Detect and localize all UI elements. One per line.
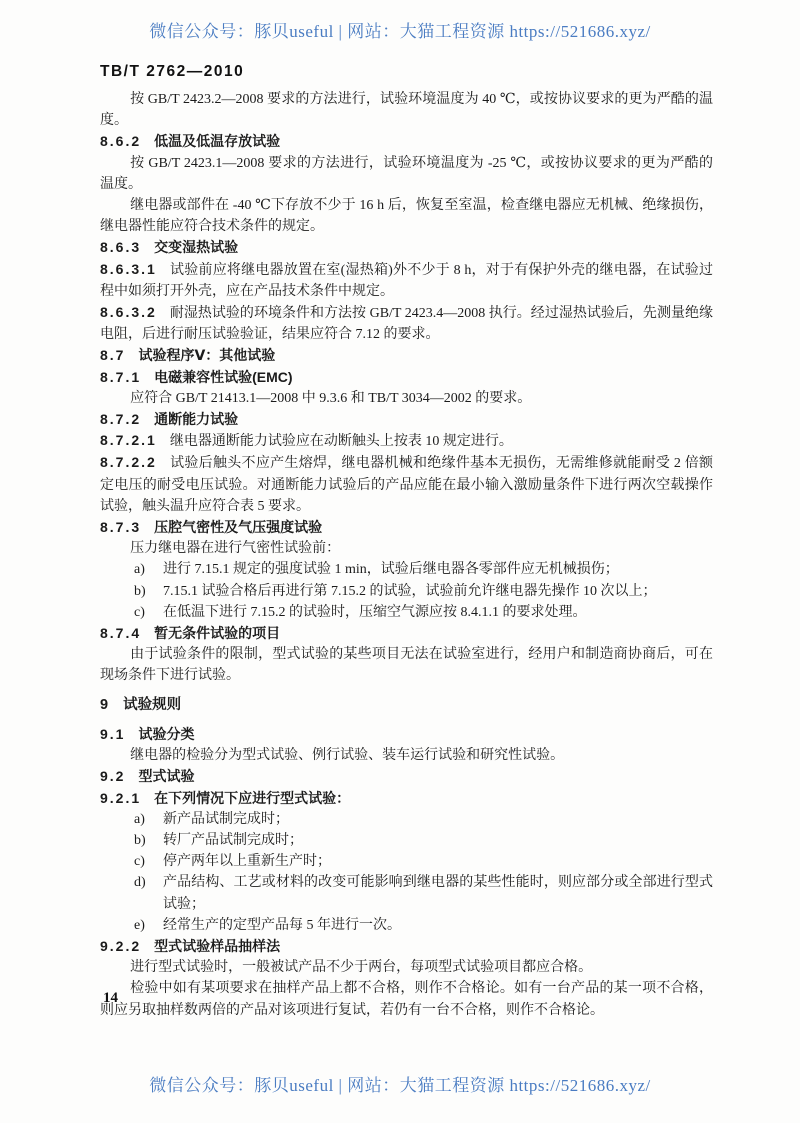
- section-heading: 9.2.1在下列情况下应进行型式试验：: [100, 788, 713, 809]
- list-marker: b): [134, 581, 146, 602]
- text-run: 型式试验: [138, 768, 194, 784]
- list-marker: b): [134, 830, 146, 851]
- section-number: 8.7.2: [100, 411, 141, 427]
- text-run: 停产两年以上重新生产时；: [163, 854, 331, 869]
- text-run: 7.15.1 试验合格后再进行第 7.15.2 的试验，试验前允许继电器先操作 …: [163, 584, 657, 599]
- text-run: 低温及低温存放试验: [154, 133, 280, 149]
- section-number: 8.6.3.2: [100, 304, 157, 320]
- text-run: 经常生产的定型产品每 5 年进行一次。: [163, 918, 401, 933]
- clause-paragraph: 8.7.2.1继电器通断能力试验应在动断触头上按表 10 规定进行。: [100, 430, 713, 452]
- section-heading: 9.1试验分类: [100, 724, 713, 745]
- text-run: 试验前应将继电器放置在室(湿热箱)外不少于 8 h，对于有保护外壳的继电器，在试…: [100, 263, 713, 299]
- section-number: 8.7: [100, 347, 125, 363]
- text-run: 应符合 GB/T 21413.1—2008 中 9.3.6 和 TB/T 303…: [130, 391, 531, 406]
- list-marker: d): [134, 872, 146, 893]
- page-number: 14: [103, 990, 118, 1007]
- watermark-bottom: 微信公众号：豚贝useful | 网站：大猫工程资源 https://52168…: [0, 1071, 800, 1096]
- clause-paragraph: 8.6.3.2耐湿热试验的环境条件和方法按 GB/T 2423.4—2008 执…: [100, 302, 713, 345]
- list-item: a)进行 7.15.1 规定的强度试验 1 min，试验后继电器各零部件应无机械…: [100, 559, 713, 580]
- clause-paragraph: 8.7.2.2试验后触头不应产生熔焊，继电器机械和绝缘件基本无损伤，无需维修就能…: [100, 452, 713, 517]
- text-run: 通断能力试验: [154, 411, 238, 427]
- text-run: 压腔气密性及气压强度试验: [154, 519, 322, 535]
- section-number: 8.7.4: [100, 625, 141, 641]
- section-number: 8.7.2.1: [100, 432, 157, 448]
- section-number: 8.7.2.2: [100, 454, 157, 470]
- text-run: 由于试验条件的限制，型式试验的某些项目无法在试验室进行，经用户和制造商协商后，可…: [100, 647, 713, 683]
- section-number: 8.6.3: [100, 239, 141, 255]
- text-run: 在下列情况下应进行型式试验：: [154, 790, 350, 806]
- list-marker: e): [134, 915, 145, 936]
- text-run: 电磁兼容性试验(EMC): [154, 369, 292, 385]
- list-item: b)7.15.1 试验合格后再进行第 7.15.2 的试验，试验前允许继电器先操…: [100, 581, 713, 602]
- section-heading: 8.6.3交变湿热试验: [100, 237, 713, 258]
- text-run: 新产品试制完成时；: [163, 812, 289, 827]
- section-heading: 8.7.4暂无条件试验的项目: [100, 623, 713, 644]
- paragraph: 按 GB/T 2423.2—2008 要求的方法进行，试验环境温度为 40 ℃，…: [100, 89, 713, 131]
- text-run: 交变湿热试验: [154, 239, 238, 255]
- text-run: 型式试验样品抽样法: [154, 938, 280, 954]
- clause-paragraph: 8.6.3.1试验前应将继电器放置在室(湿热箱)外不少于 8 h，对于有保护外壳…: [100, 259, 713, 302]
- text-run: 试验分类: [138, 726, 194, 742]
- document-body: 按 GB/T 2423.2—2008 要求的方法进行，试验环境温度为 40 ℃，…: [100, 89, 713, 1021]
- text-run: 试验程序Ⅴ：其他试验: [138, 347, 275, 363]
- list-item: c)在低温下进行 7.15.2 的试验时，压缩空气源应按 8.4.1.1 的要求…: [100, 602, 713, 623]
- text-run: 暂无条件试验的项目: [154, 625, 280, 641]
- section-number: 8.7.3: [100, 519, 141, 535]
- section-number: 9.2.1: [100, 790, 141, 806]
- watermark-top: 微信公众号：豚贝useful | 网站：大猫工程资源 https://52168…: [0, 17, 800, 42]
- list-item: d)产品结构、工艺或材料的改变可能影响到继电器的某些性能时，则应部分或全部进行型…: [100, 872, 713, 914]
- text-run: 压力继电器在进行气密性试验前：: [130, 541, 340, 556]
- section-heading: 8.7.1电磁兼容性试验(EMC): [100, 367, 713, 388]
- section-heading: 8.7.3压腔气密性及气压强度试验: [100, 517, 713, 538]
- list-marker: c): [134, 602, 145, 623]
- list-marker: a): [134, 559, 145, 580]
- section-number: 8.6.2: [100, 133, 141, 149]
- list-marker: c): [134, 851, 145, 872]
- text-run: 按 GB/T 2423.1—2008 要求的方法进行，试验环境温度为 -25 ℃…: [100, 156, 713, 192]
- section-number: 9.2: [100, 768, 125, 784]
- section-heading: 9.2型式试验: [100, 766, 713, 787]
- list-item: a)新产品试制完成时；: [100, 809, 713, 830]
- text-run: 继电器或部件在 -40 ℃下存放不少于 16 h 后，恢复至室温，检查继电器应无…: [100, 198, 713, 234]
- paragraph: 继电器的检验分为型式试验、例行试验、装车运行试验和研究性试验。: [100, 745, 713, 766]
- section-number: 9: [100, 697, 110, 713]
- text-run: 产品结构、工艺或材料的改变可能影响到继电器的某些性能时，则应部分或全部进行型式试…: [163, 875, 713, 911]
- section-heading: 8.7试验程序Ⅴ：其他试验: [100, 345, 713, 366]
- text-run: 试验规则: [123, 697, 181, 713]
- paragraph: 应符合 GB/T 21413.1—2008 中 9.3.6 和 TB/T 303…: [100, 388, 713, 409]
- section-heading: 8.6.2低温及低温存放试验: [100, 131, 713, 152]
- paragraph: 继电器或部件在 -40 ℃下存放不少于 16 h 后，恢复至室温，检查继电器应无…: [100, 195, 713, 237]
- paragraph: 检验中如有某项要求在抽样产品上都不合格，则作不合格论。如有一台产品的某一项不合格…: [100, 978, 713, 1020]
- chapter-heading: 9试验规则: [100, 695, 713, 716]
- section-number: 9.2.2: [100, 938, 141, 954]
- text-run: 进行 7.15.1 规定的强度试验 1 min，试验后继电器各零部件应无机械损伤…: [163, 562, 619, 577]
- text-run: 继电器通断能力试验应在动断触头上按表 10 规定进行。: [170, 434, 513, 449]
- paragraph: 由于试验条件的限制，型式试验的某些项目无法在试验室进行，经用户和制造商协商后，可…: [100, 644, 713, 686]
- list-item: b)转厂产品试制完成时；: [100, 830, 713, 851]
- text-run: 进行型式试验时，一般被试产品不少于两台，每项型式试验项目都应合格。: [130, 960, 592, 975]
- text-run: 在低温下进行 7.15.2 的试验时，压缩空气源应按 8.4.1.1 的要求处理…: [163, 605, 587, 620]
- section-heading: 9.2.2型式试验样品抽样法: [100, 936, 713, 957]
- paragraph: 按 GB/T 2423.1—2008 要求的方法进行，试验环境温度为 -25 ℃…: [100, 153, 713, 195]
- text-run: 耐湿热试验的环境条件和方法按 GB/T 2423.4—2008 执行。经过湿热试…: [100, 306, 713, 342]
- section-number: 9.1: [100, 726, 125, 742]
- paragraph: 压力继电器在进行气密性试验前：: [100, 538, 713, 559]
- list-marker: a): [134, 809, 145, 830]
- text-run: 转厂产品试制完成时；: [163, 833, 303, 848]
- list-item: c)停产两年以上重新生产时；: [100, 851, 713, 872]
- section-number: 8.6.3.1: [100, 261, 157, 277]
- paragraph: 进行型式试验时，一般被试产品不少于两台，每项型式试验项目都应合格。: [100, 957, 713, 978]
- section-heading: 8.7.2通断能力试验: [100, 409, 713, 430]
- list-item: e)经常生产的定型产品每 5 年进行一次。: [100, 915, 713, 936]
- text-run: 检验中如有某项要求在抽样产品上都不合格，则作不合格论。如有一台产品的某一项不合格…: [100, 981, 713, 1017]
- text-run: 按 GB/T 2423.2—2008 要求的方法进行，试验环境温度为 40 ℃，…: [100, 92, 713, 128]
- section-number: 8.7.1: [100, 369, 141, 385]
- text-run: 继电器的检验分为型式试验、例行试验、装车运行试验和研究性试验。: [130, 748, 564, 763]
- document-page: 微信公众号：豚贝useful | 网站：大猫工程资源 https://52168…: [0, 0, 800, 1123]
- text-run: 试验后触头不应产生熔焊，继电器机械和绝缘件基本无损伤，无需维修就能耐受 2 倍额…: [100, 456, 713, 513]
- doc-code: TB/T 2762—2010: [100, 63, 244, 81]
